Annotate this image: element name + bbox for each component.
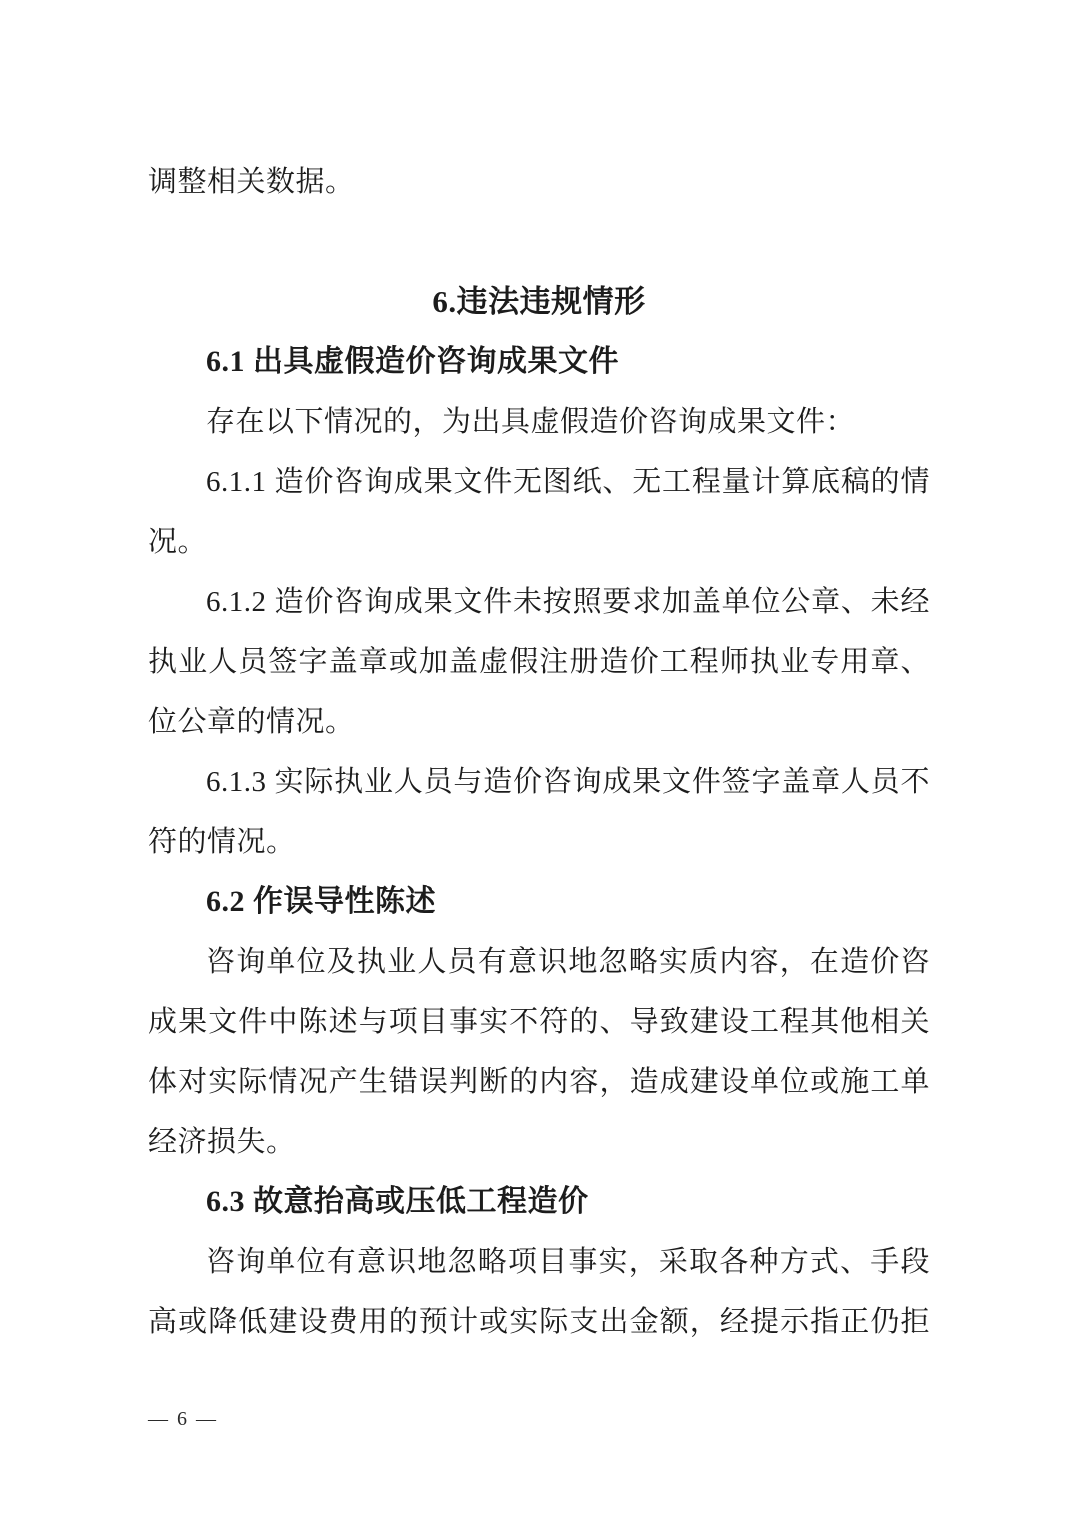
paragraph-line: 体对实际情况产生错误判断的内容，造成建设单位或施工单位 (148, 1052, 930, 1112)
paragraph-line: 符的情况。 (148, 812, 930, 872)
paragraph-line: 6.1.1 造价咨询成果文件无图纸、无工程量计算底稿的情 (148, 452, 930, 512)
paragraph-line: 咨询单位有意识地忽略项目事实，采取各种方式、手段提 (148, 1232, 930, 1292)
document-page: 调整相关数据。 6.违法违规情形 6.1 出具虚假造价咨询成果文件 存在以下情况… (0, 0, 1080, 1527)
subsection-heading-63: 6.3 故意抬高或压低工程造价 (148, 1172, 930, 1232)
paragraph-line: 咨询单位及执业人员有意识地忽略实质内容，在造价咨询 (148, 932, 930, 992)
subsection-heading-61: 6.1 出具虚假造价咨询成果文件 (148, 332, 930, 392)
page-number: — 6 — (148, 1405, 218, 1433)
paragraph-line: 调整相关数据。 (148, 152, 930, 212)
subsection-heading-62: 6.2 作误导性陈述 (148, 872, 930, 932)
document-body: 调整相关数据。 6.违法违规情形 6.1 出具虚假造价咨询成果文件 存在以下情况… (148, 152, 930, 1352)
paragraph-line: 执业人员签字盖章或加盖虚假注册造价工程师执业专用章、单 (148, 632, 930, 692)
section-heading: 6.违法违规情形 (148, 272, 930, 332)
paragraph-line: 成果文件中陈述与项目事实不符的、导致建设工程其他相关主 (148, 992, 930, 1052)
paragraph-line: 经济损失。 (148, 1112, 930, 1172)
paragraph-line: 6.1.2 造价咨询成果文件未按照要求加盖单位公章、未经 (148, 572, 930, 632)
paragraph-line: 高或降低建设费用的预计或实际支出金额，经提示指正仍拒不 (148, 1292, 930, 1352)
paragraph-line: 存在以下情况的，为出具虚假造价咨询成果文件： (148, 392, 930, 452)
paragraph-line: 6.1.3 实际执业人员与造价咨询成果文件签字盖章人员不 (148, 752, 930, 812)
paragraph-line: 况。 (148, 512, 930, 572)
paragraph-line: 位公章的情况。 (148, 692, 930, 752)
